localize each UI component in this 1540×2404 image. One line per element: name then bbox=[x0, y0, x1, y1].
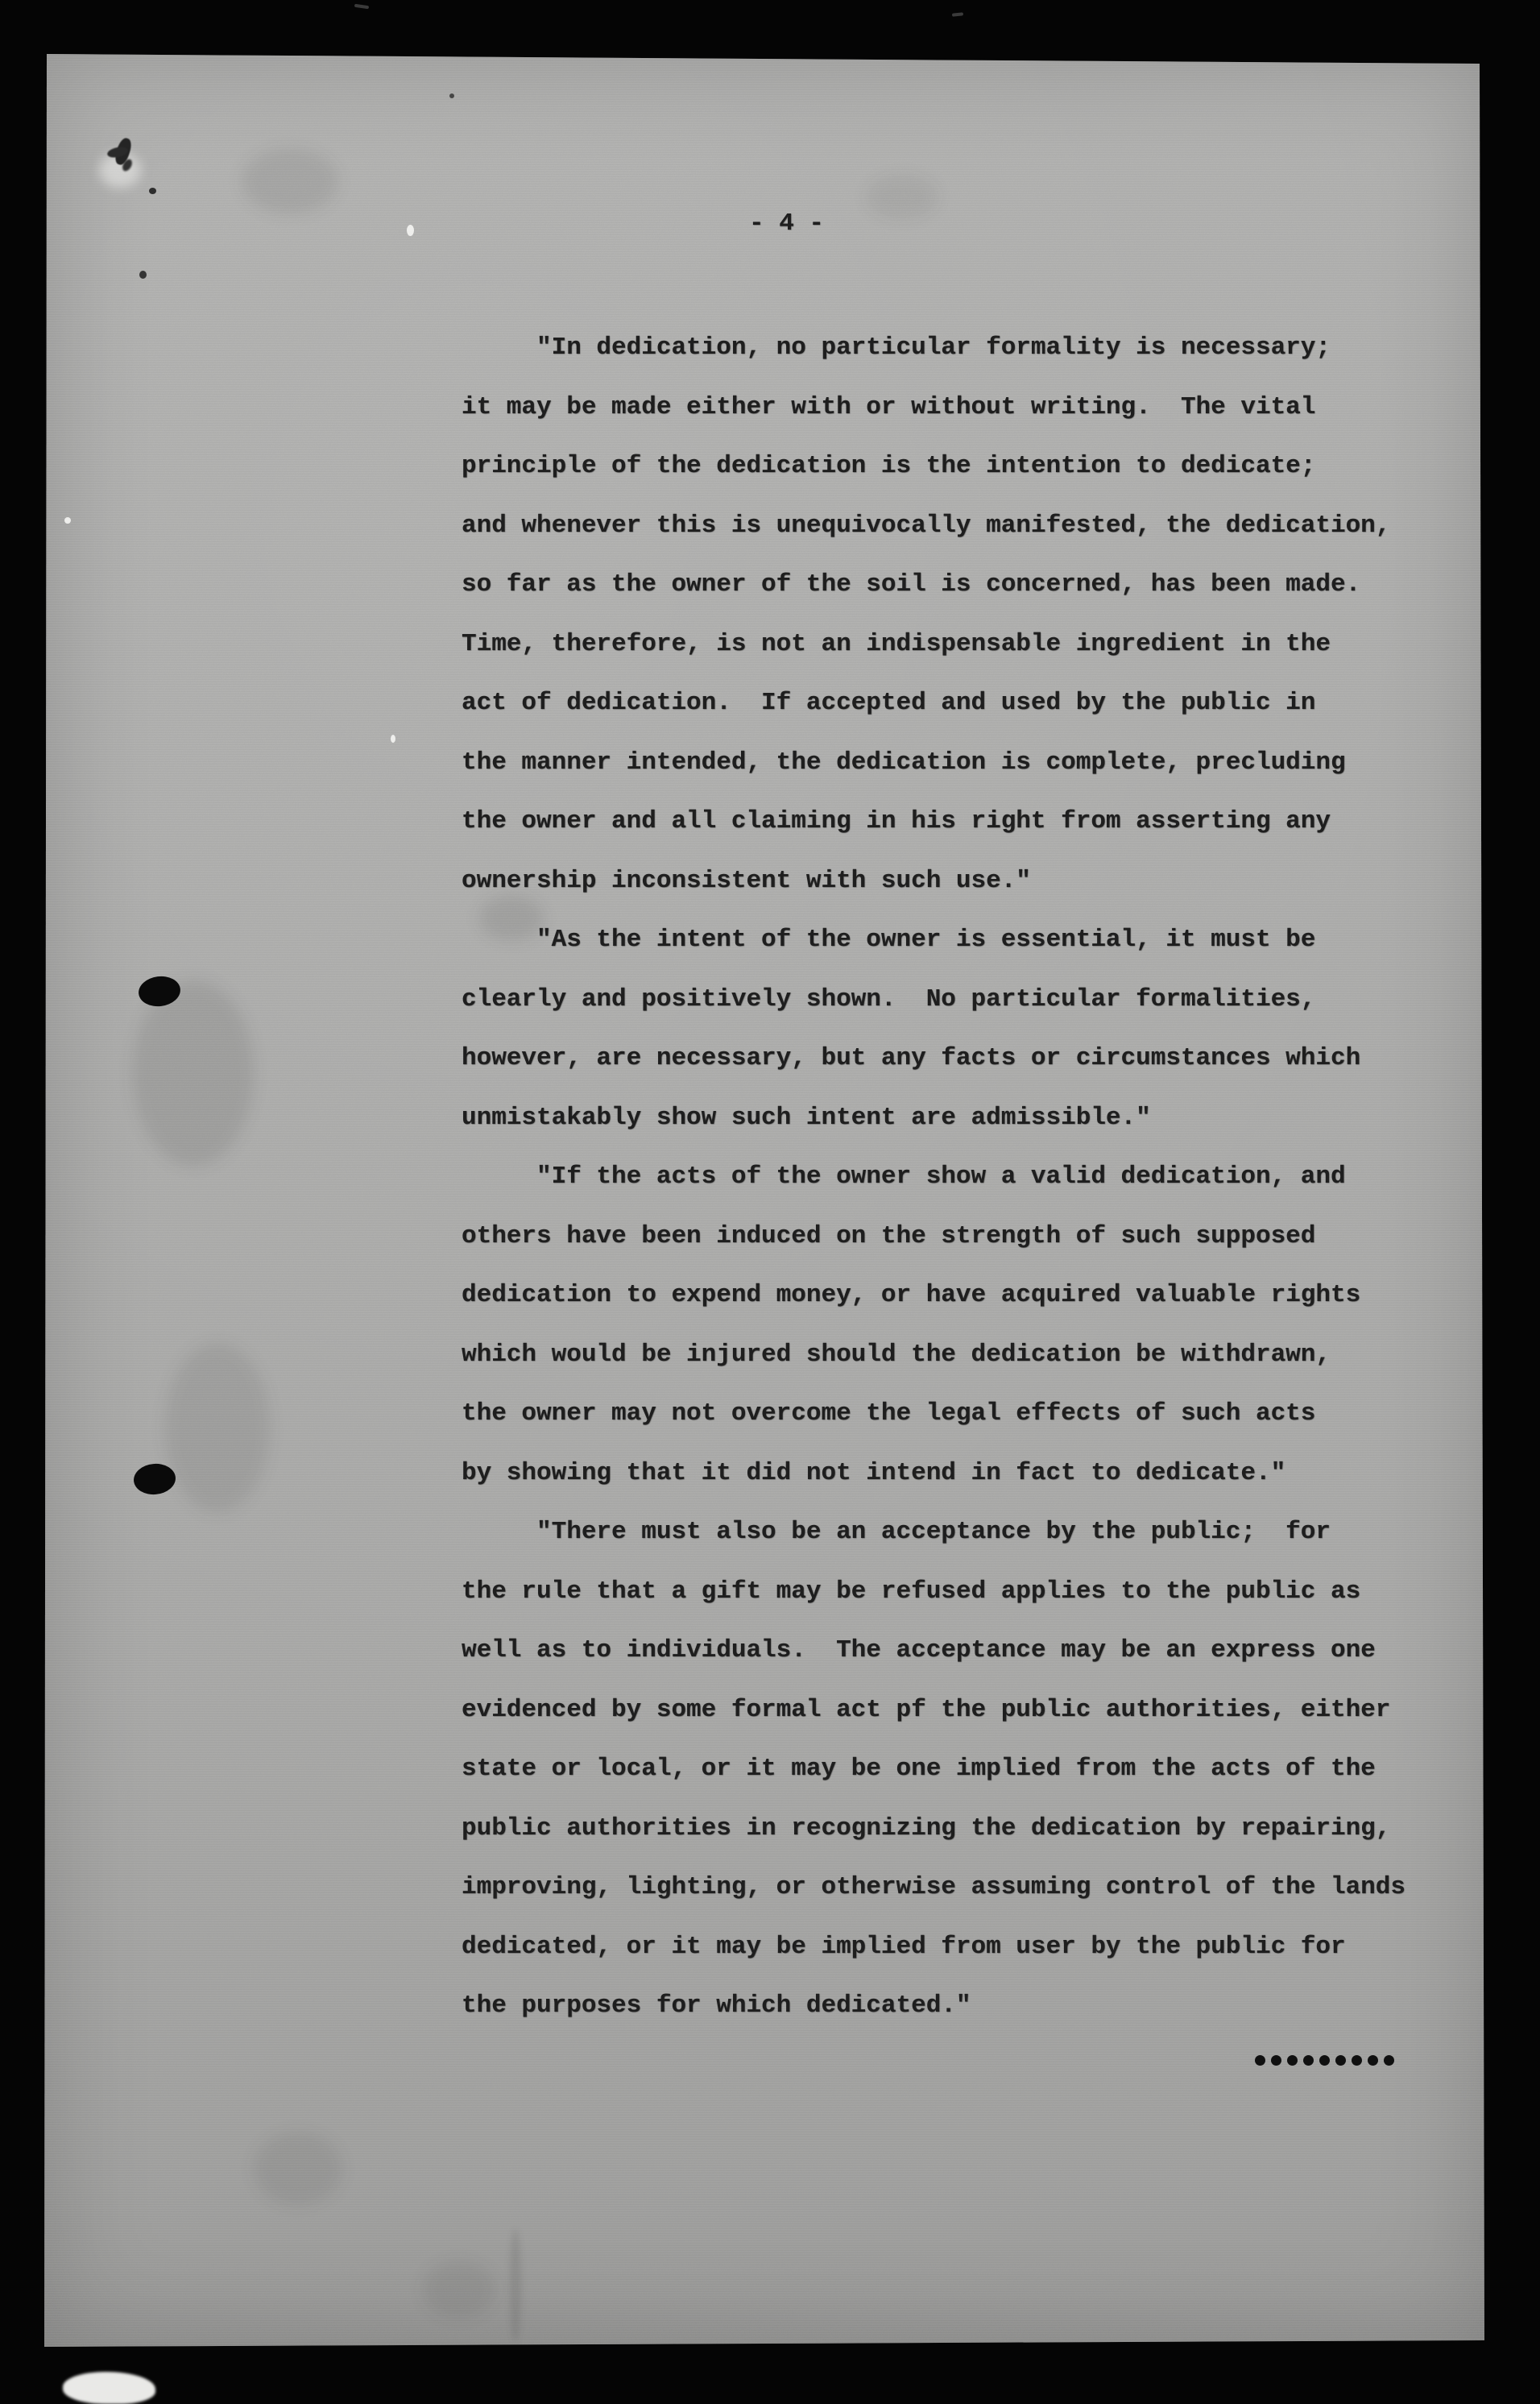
page-number: - 4 - bbox=[749, 208, 824, 240]
ellipsis-dot bbox=[1319, 2055, 1330, 2066]
text-line: the rule that a gift may be refused appl… bbox=[462, 1562, 1405, 1622]
text-line: dedicated, or it may be implied from use… bbox=[462, 1917, 1405, 1977]
ink-blotch bbox=[104, 135, 149, 186]
text-line: others have been induced on the strength… bbox=[462, 1207, 1405, 1266]
ellipsis-dot bbox=[1255, 2055, 1265, 2066]
text-line: and whenever this is unequivocally manif… bbox=[462, 496, 1405, 556]
ink-speck bbox=[449, 93, 454, 98]
ink-speck bbox=[149, 188, 156, 194]
smudge bbox=[133, 980, 254, 1166]
text-line: "If the acts of the owner show a valid d… bbox=[462, 1147, 1405, 1207]
ellipsis-dot bbox=[1271, 2055, 1281, 2066]
document-page: - 4 - "In dedication, no particular form… bbox=[44, 54, 1484, 2347]
smudge bbox=[254, 2133, 342, 2205]
text-line: state or local, or it may be one implied… bbox=[462, 1739, 1405, 1799]
scan-root: - 4 - "In dedication, no particular form… bbox=[0, 0, 1540, 2404]
ellipsis-dots bbox=[1255, 2055, 1394, 2066]
text-line: act of dedication. If accepted and used … bbox=[462, 674, 1405, 733]
ellipsis-dot bbox=[1368, 2055, 1378, 2066]
text-line: however, are necessary, but any facts or… bbox=[462, 1029, 1405, 1088]
text-line: "There must also be an acceptance by the… bbox=[462, 1502, 1405, 1562]
text-line: the purposes for which dedicated." bbox=[462, 1976, 1405, 2036]
ellipsis-dot bbox=[1384, 2055, 1394, 2066]
smudge bbox=[423, 2261, 495, 2318]
text-line: it may be made either with or without wr… bbox=[462, 378, 1405, 437]
smudge bbox=[242, 149, 338, 213]
text-line: clearly and positively shown. No particu… bbox=[462, 970, 1405, 1030]
text-line: Time, therefore, is not an indispensable… bbox=[462, 615, 1405, 674]
ellipsis-dot bbox=[1352, 2055, 1362, 2066]
text-line: well as to individuals. The acceptance m… bbox=[462, 1621, 1405, 1681]
scan-artifact-mark bbox=[952, 12, 963, 16]
text-line: improving, lighting, or otherwise assumi… bbox=[462, 1858, 1405, 1917]
text-line: "As the intent of the owner is essential… bbox=[462, 910, 1405, 970]
text-line: unmistakably show such intent are admiss… bbox=[462, 1088, 1405, 1148]
text-line: the owner may not overcome the legal eff… bbox=[462, 1384, 1405, 1444]
paper-fleck bbox=[64, 517, 71, 524]
hole-punch-mark-top bbox=[137, 974, 182, 1009]
text-line: "In dedication, no particular formality … bbox=[462, 318, 1405, 378]
text-line: by showing that it did not intend in fac… bbox=[462, 1444, 1405, 1503]
smudge bbox=[165, 1343, 270, 1512]
ellipsis-dot bbox=[1335, 2055, 1346, 2066]
text-line: the manner intended, the dedication is c… bbox=[462, 733, 1405, 793]
text-line: the owner and all claiming in his right … bbox=[462, 792, 1405, 852]
ink-speck bbox=[139, 271, 147, 279]
text-line: public authorities in recognizing the de… bbox=[462, 1799, 1405, 1859]
ellipsis-dot bbox=[1303, 2055, 1314, 2066]
text-line: which would be injured should the dedica… bbox=[462, 1325, 1405, 1385]
smudge bbox=[866, 175, 938, 219]
ellipsis-dot bbox=[1287, 2055, 1298, 2066]
body-text: "In dedication, no particular formality … bbox=[462, 318, 1405, 2036]
hole-punch-mark-bottom bbox=[132, 1462, 176, 1496]
text-line: principle of the dedication is the inten… bbox=[462, 437, 1405, 496]
text-line: so far as the owner of the soil is conce… bbox=[462, 555, 1405, 615]
paper-fleck bbox=[391, 735, 395, 743]
smudge bbox=[510, 2229, 521, 2342]
paper-fleck bbox=[407, 225, 414, 236]
scan-artifact-white-blob bbox=[63, 2372, 155, 2404]
text-line: evidenced by some formal act pf the publ… bbox=[462, 1681, 1405, 1740]
text-line: ownership inconsistent with such use." bbox=[462, 852, 1405, 911]
text-line: dedication to expend money, or have acqu… bbox=[462, 1266, 1405, 1325]
scan-artifact-mark bbox=[354, 4, 369, 9]
